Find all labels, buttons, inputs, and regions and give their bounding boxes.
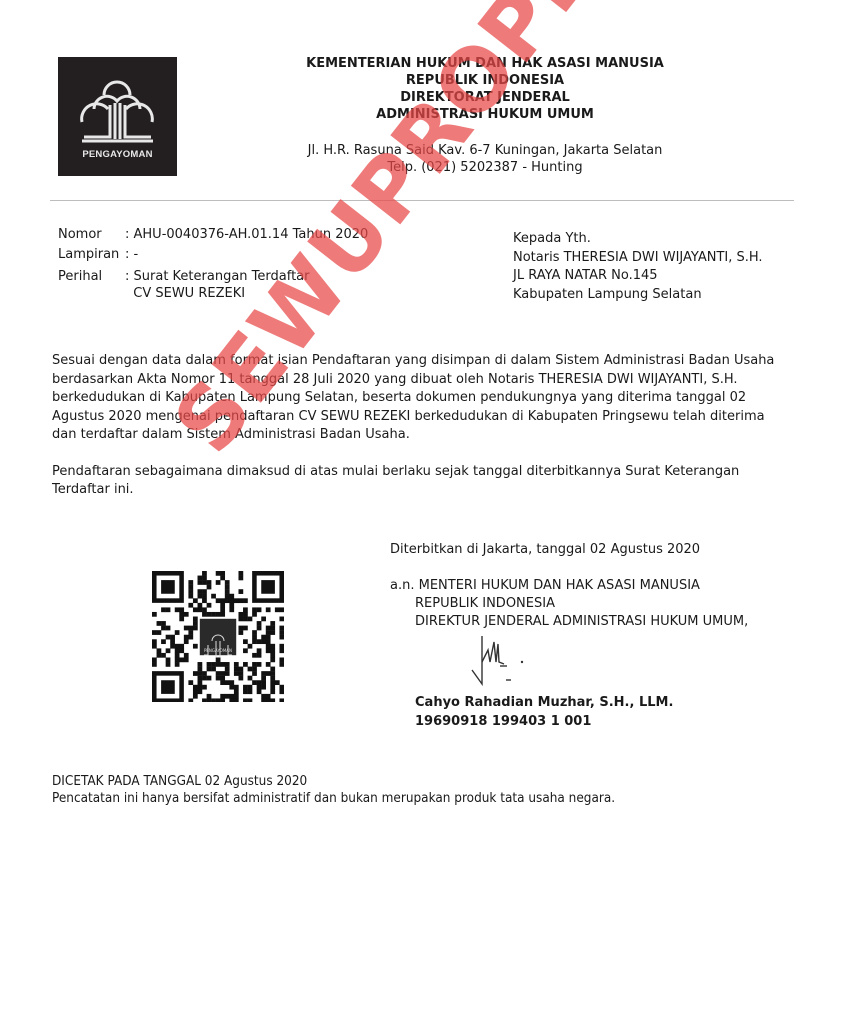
signer-title: a.n. MENTERI HUKUM DAN HAK ASASI MANUSIA…: [390, 577, 748, 631]
meta-row-perihal-cont: CV SEWU REZEKI: [58, 285, 368, 302]
footer: DICETAK PADA TANGGAL 02 Agustus 2020 Pen…: [52, 773, 615, 807]
addressee-greeting: Kepada Yth.: [513, 230, 763, 249]
meta-row-nomor: Nomor : AHU-0040376-AH.01.14 Tahun 2020: [58, 225, 368, 245]
body-paragraph-1: Sesuai dengan data dalam format isian Pe…: [52, 352, 792, 445]
letter-body: Sesuai dengan data dalam format isian Pe…: [52, 352, 792, 518]
ministry-name: KEMENTERIAN HUKUM DAN HAK ASASI MANUSIA: [300, 55, 670, 72]
body-paragraph-2: Pendaftaran sebagaimana dimaksud di atas…: [52, 463, 792, 500]
addressee: Kepada Yth. Notaris THERESIA DWI WIJAYAN…: [513, 230, 763, 304]
signer: Cahyo Rahadian Muzhar, S.H., LLM. 196909…: [415, 694, 673, 731]
addressee-name: Notaris THERESIA DWI WIJAYANTI, S.H.: [513, 249, 763, 268]
letterhead: KEMENTERIAN HUKUM DAN HAK ASASI MANUSIA …: [300, 55, 670, 176]
handwritten-signature: [470, 632, 530, 691]
country-name: REPUBLIK INDONESIA: [300, 72, 670, 89]
addressee-street: JL RAYA NATAR No.145: [513, 267, 763, 286]
qr-code-icon: PENGAYOMAN: [152, 571, 284, 702]
logo-label: PENGAYOMAN: [58, 149, 177, 160]
office-address: Jl. H.R. Rasuna Said Kav. 6-7 Kuningan, …: [300, 142, 670, 159]
issued-place-date: Diterbitkan di Jakarta, tanggal 02 Agust…: [390, 541, 700, 559]
printed-date: DICETAK PADA TANGGAL 02 Agustus 2020: [52, 773, 615, 790]
signer-name: Cahyo Rahadian Muzhar, S.H., LLM.: [415, 694, 673, 713]
signature-icon: [470, 632, 530, 687]
qr-code: PENGAYOMAN: [152, 571, 284, 702]
meta-row-lampiran: Lampiran : -: [58, 245, 368, 265]
addressee-region: Kabupaten Lampung Selatan: [513, 286, 763, 305]
on-behalf-line-3: DIREKTUR JENDERAL ADMINISTRASI HUKUM UMU…: [390, 613, 748, 631]
on-behalf-line-1: a.n. MENTERI HUKUM DAN HAK ASASI MANUSIA: [390, 577, 748, 595]
on-behalf-line-2: REPUBLIK INDONESIA: [390, 595, 748, 613]
office-phone: Telp. (021) 5202387 - Hunting: [300, 159, 670, 176]
pengayoman-logo: PENGAYOMAN: [58, 57, 177, 176]
disclaimer: Pencatatan ini hanya bersifat administra…: [52, 790, 615, 807]
signer-nip: 19690918 199403 1 001: [415, 713, 673, 732]
letter-meta: Nomor : AHU-0040376-AH.01.14 Tahun 2020 …: [58, 225, 368, 302]
directorate-name: DIREKTORAT JENDERAL: [300, 89, 670, 106]
meta-row-perihal: Perihal : Surat Keterangan Terdaftar: [58, 268, 368, 285]
header-divider: [50, 200, 794, 201]
directorate-subname: ADMINISTRASI HUKUM UMUM: [300, 106, 670, 123]
